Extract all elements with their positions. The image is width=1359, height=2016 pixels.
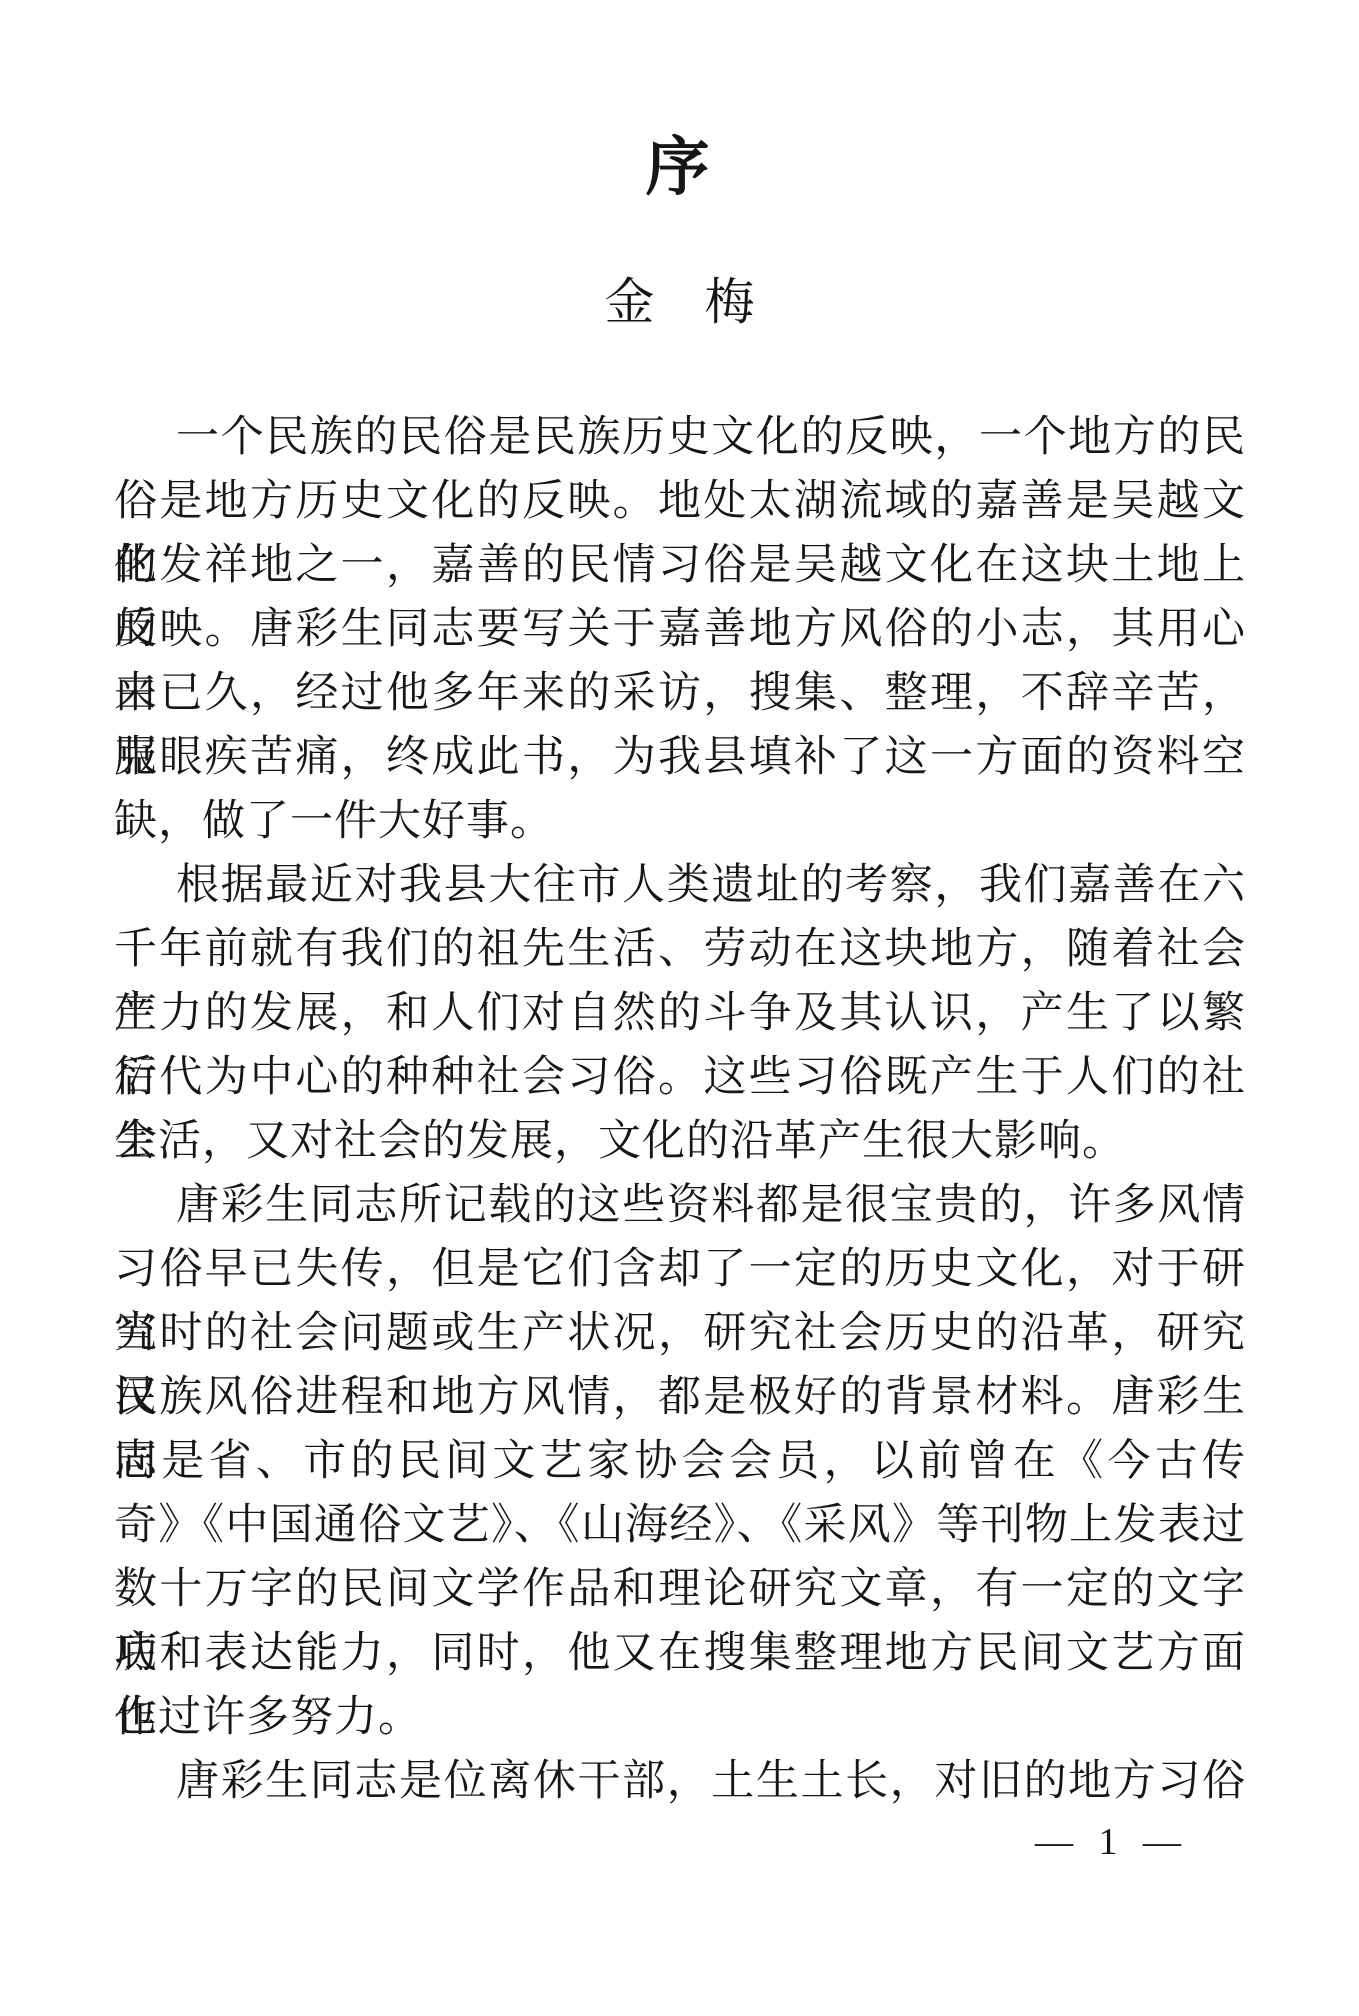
text-line: 志是省、市的民间文艺家协会会员，以前曾在《今古传 [114, 1430, 1246, 1494]
text-line: 习俗早已失传，但是它们含却了一定的历史文化，对于研究 [114, 1238, 1246, 1302]
text-line: 来已久，经过他多年来的采访，搜集、整理，不辞辛苦，克 [114, 662, 1246, 726]
text-line: 服眼疾苦痛，终成此书，为我县填补了这一方面的资料空 [114, 726, 1246, 790]
text-line: 生活，又对社会的发展，文化的沿革产生很大影响。 [114, 1110, 1246, 1174]
text-line: 缺，做了一件大好事。 [114, 790, 1246, 854]
author-name: 金 梅 [0, 272, 1359, 332]
body-text: 一个民族的民俗是民族历史文化的反映，一个地方的民俗是地方历史文化的反映。地处太湖… [114, 406, 1246, 1814]
text-line: 作过许多努力。 [114, 1686, 1246, 1750]
text-line: 奇》《中国通俗文艺》、《山海经》、《采风》等刊物上发表过 [114, 1494, 1246, 1558]
text-line: 千年前就有我们的祖先生活、劳动在这块地方，随着社会生 [114, 918, 1246, 982]
text-line: 的发祥地之一，嘉善的民情习俗是吴越文化在这块土地上的 [114, 534, 1246, 598]
text-line: 后代为中心的种种社会习俗。这些习俗既产生于人们的社会 [114, 1046, 1246, 1110]
text-line: 反映。唐彩生同志要写关于嘉善地方风俗的小志，其用心由 [114, 598, 1246, 662]
text-line: 俗是地方历史文化的反映。地处太湖流域的嘉善是吴越文化 [114, 470, 1246, 534]
page-title: 序 [0, 130, 1359, 206]
text-line: 当时的社会问题或生产状况，研究社会历史的沿革，研究汉 [114, 1302, 1246, 1366]
text-line: 唐彩生同志是位离休干部，土生土长，对旧的地方习俗 [114, 1750, 1246, 1814]
text-line: 产力的发展，和人们对自然的斗争及其认识，产生了以繁衍 [114, 982, 1246, 1046]
text-line: 民族风俗进程和地方风情，都是极好的背景材料。唐彩生同 [114, 1366, 1246, 1430]
text-line: 一个民族的民俗是民族历史文化的反映，一个地方的民 [114, 406, 1246, 470]
text-line: 数十万字的民间文学作品和理论研究文章，有一定的文字功 [114, 1558, 1246, 1622]
page-number: — 1 — [1035, 1820, 1189, 1864]
text-line: 唐彩生同志所记载的这些资料都是很宝贵的，许多风情 [114, 1174, 1246, 1238]
document-page: 序 金 梅 一个民族的民俗是民族历史文化的反映，一个地方的民俗是地方历史文化的反… [0, 0, 1359, 2016]
text-line: 根据最近对我县大往市人类遗址的考察，我们嘉善在六 [114, 854, 1246, 918]
text-line: 底和表达能力，同时，他又在搜集整理地方民间文艺方面也 [114, 1622, 1246, 1686]
